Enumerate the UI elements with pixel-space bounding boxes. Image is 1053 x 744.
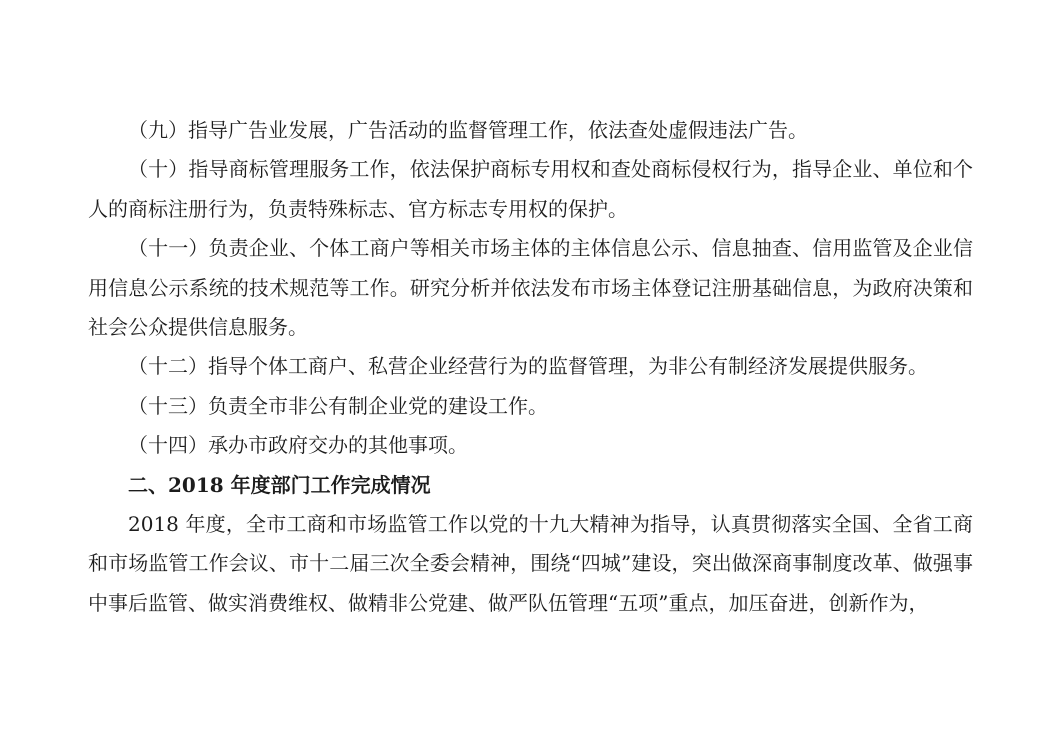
- text-block: （九）指导广告业发展，广告活动的监督管理工作，依法查处虚假违法广告。 （十）指导…: [88, 111, 973, 623]
- doc-paragraph: （十三）负责全市非公有制企业党的建设工作。: [88, 387, 973, 426]
- section-heading: 二、2018 年度部门工作完成情况: [88, 466, 973, 505]
- doc-paragraph: （十二）指导个体工商户、私营企业经营行为的监督管理，为非公有制经济发展提供服务。: [88, 347, 973, 386]
- doc-paragraph: （十）指导商标管理服务工作，依法保护商标专用权和查处商标侵权行为，指导企业、单位…: [88, 150, 973, 229]
- doc-paragraph: （十一）负责企业、个体工商户等相关市场主体的主体信息公示、信息抽查、信用监管及企…: [88, 229, 973, 347]
- document-page: （九）指导广告业发展，广告活动的监督管理工作，依法查处虚假违法广告。 （十）指导…: [0, 0, 1053, 744]
- doc-paragraph: （十四）承办市政府交办的其他事项。: [88, 426, 973, 465]
- doc-paragraph: 2018 年度，全市工商和市场监管工作以党的十九大精神为指导，认真贯彻落实全国、…: [88, 505, 973, 623]
- doc-paragraph: （九）指导广告业发展，广告活动的监督管理工作，依法查处虚假违法广告。: [88, 111, 973, 150]
